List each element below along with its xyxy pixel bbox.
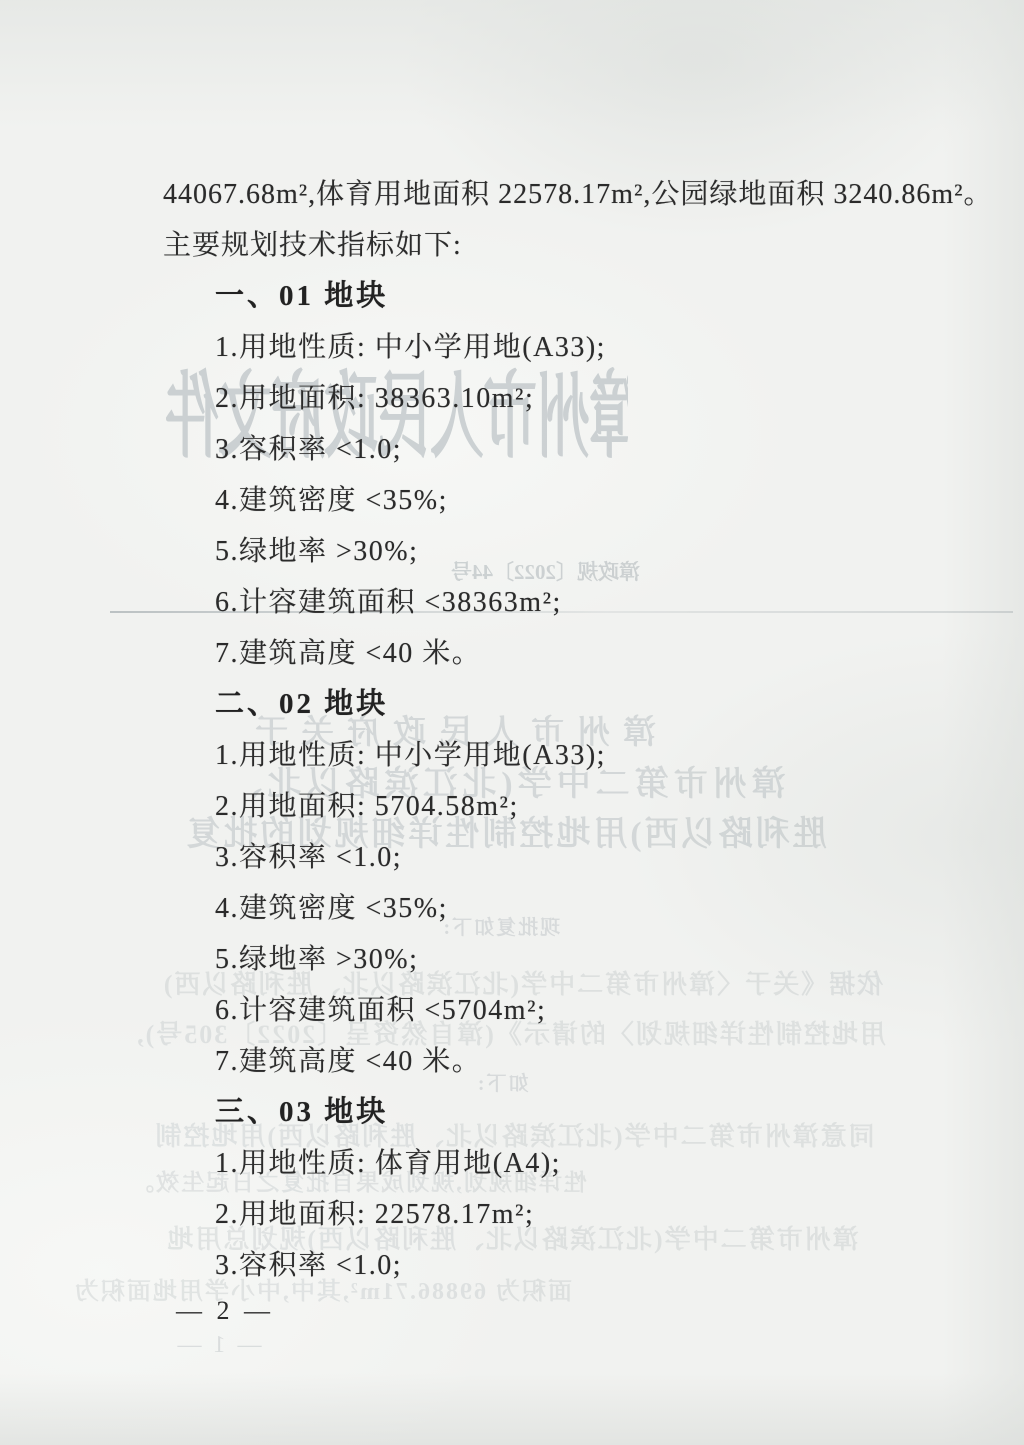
spec-item: 2.用地面积: 22578.17m²;: [163, 1189, 983, 1240]
section-heading-02: 二、02 地块: [163, 679, 983, 730]
spec-item: 1.用地性质: 体育用地(A4);: [163, 1138, 983, 1189]
spec-item: 7.建筑高度 <40 米。: [163, 1036, 983, 1087]
document-body: 44067.68m²,体育用地面积 22578.17m²,公园绿地面积 3240…: [163, 169, 983, 1291]
spec-item: 1.用地性质: 中小学用地(A33);: [163, 322, 983, 373]
spec-item: 6.计容建筑面积 <38363m²;: [163, 577, 983, 628]
spec-item: 4.建筑密度 <35%;: [163, 475, 983, 526]
bleedthrough-page-number: — 1 —: [168, 1332, 268, 1359]
spec-item: 3.容积率 <1.0;: [163, 424, 983, 475]
scanned-document-page: 漳州市人民政府文件 漳政规〔2022〕44号 漳州市人民政府关于 漳州市第二中学…: [0, 0, 1024, 1445]
section-heading-01: 一、01 地块: [163, 271, 983, 322]
spec-item: 2.用地面积: 5704.58m²;: [163, 781, 983, 832]
spec-item: 2.用地面积: 38363.10m²;: [163, 373, 983, 424]
spec-item: 5.绿地率 >30%;: [163, 934, 983, 985]
spec-item: 1.用地性质: 中小学用地(A33);: [163, 730, 983, 781]
paragraph-line: 44067.68m²,体育用地面积 22578.17m²,公园绿地面积 3240…: [163, 169, 983, 220]
section-heading-03: 三、03 地块: [163, 1087, 983, 1138]
paragraph-line: 主要规划技术指标如下:: [163, 220, 983, 271]
spec-item: 3.容积率 <1.0;: [163, 832, 983, 883]
spec-item: 7.建筑高度 <40 米。: [163, 628, 983, 679]
spec-item: 6.计容建筑面积 <5704m²;: [163, 985, 983, 1036]
page-number: — 2 —: [176, 1296, 274, 1326]
spec-item: 4.建筑密度 <35%;: [163, 883, 983, 934]
spec-item: 5.绿地率 >30%;: [163, 526, 983, 577]
spec-item: 3.容积率 <1.0;: [163, 1240, 983, 1291]
